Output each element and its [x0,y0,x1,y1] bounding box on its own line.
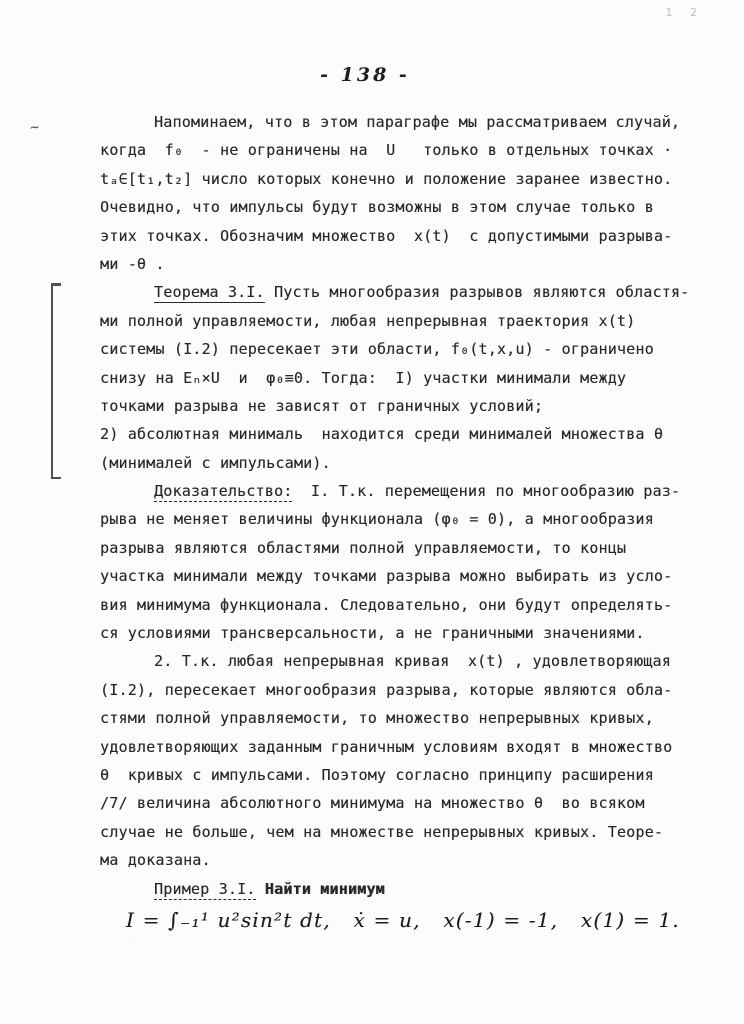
text-line-content: /7/ величина абсолютного минимума на мно… [100,794,645,812]
text-line: /7/ величина абсолютного минимума на мно… [100,791,700,819]
text-line: (I.2), пересекает многообразия разрыва, … [100,678,700,706]
text-line: Напоминаем, что в этом параграфе мы расс… [100,110,700,138]
text-line: θ кривых с импульсами. Поэтому согласно … [100,763,700,791]
text-line: 2. Т.к. любая непрерывная кривая x(t) , … [100,649,700,677]
text-line: случае не больше, чем на множестве непре… [100,820,700,848]
text-line-content: Пусть многообразия разрывов являются обл… [265,283,690,301]
text-line: вия минимума функционала. Следовательно,… [100,593,700,621]
underlined-heading: Теорема 3.I. [154,283,265,303]
text-line: удовлетворяющих заданным граничным услов… [100,735,700,763]
text-line-content: системы (I.2) пересекает эти области, f₀… [100,340,654,358]
scanned-page: 1 2 - 138 - ~ Напоминаем, что в этом пар… [0,0,744,1024]
text-line-content: точками разрыва не зависят от граничных … [100,397,543,415]
text-line-content: Найти минимум [256,880,385,898]
text-line: стями полной управляемости, то множество… [100,706,700,734]
typewritten-text-block: Напоминаем, что в этом параграфе мы расс… [100,110,700,905]
text-line: Теорема 3.I. Пусть многообразия разрывов… [100,280,700,308]
text-line: Очевидно, что импульсы будут возможны в … [100,195,700,223]
text-line: 2) абсолютная минималь находится среди м… [100,422,700,450]
text-line: снизу на Eₙ×U и φ₀≡0. Тогда: I) участки … [100,366,700,394]
text-line: точками разрыва не зависят от граничных … [100,394,700,422]
text-line: ми полной управляемости, любая непрерывн… [100,309,700,337]
text-line: ся условиями трансверсальности, а не гра… [100,621,700,649]
margin-bracket-annotation [51,283,62,479]
text-line-content: удовлетворяющих заданным граничным услов… [100,738,672,756]
text-line-content: участка минимали между точками разрыва м… [100,567,672,585]
text-line: разрыва являются областями полной управл… [100,536,700,564]
text-line-content: 2. Т.к. любая непрерывная кривая x(t) , … [154,652,671,670]
text-line: ма доказана. [100,848,700,876]
text-line-content: когда f₀ - не ограничены на U только в о… [100,141,672,159]
text-line-content: ми -θ . [100,255,165,273]
text-line-content: I. Т.к. перемещения по многообразию раз- [292,482,680,500]
text-line: когда f₀ - не ограничены на U только в о… [100,138,700,166]
text-line-content: 2) абсолютная минималь находится среди м… [100,425,663,443]
text-line: tₐ∈[t₁,t₂] число которых конечно и полож… [100,167,700,195]
text-line-content: ся условиями трансверсальности, а не гра… [100,624,645,642]
text-line: ми -θ . [100,252,700,280]
text-line-content: ми полной управляемости, любая непрерывн… [100,312,635,330]
text-line: Доказательство: I. Т.к. перемещения по м… [100,479,700,507]
text-line: этих точках. Обозначим множество x(t) с … [100,224,700,252]
margin-check-mark: ~ [29,117,40,136]
text-line-content: ма доказана. [100,851,211,869]
page-number: - 138 - [0,64,730,86]
text-line: (минималей с импульсами). [100,451,700,479]
text-line: участка минимали между точками разрыва м… [100,564,700,592]
text-line-content: вия минимума функционала. Следовательно,… [100,596,672,614]
text-line-content: (I.2), пересекает многообразия разрыва, … [100,681,672,699]
text-line: системы (I.2) пересекает эти области, f₀… [100,337,700,365]
text-line: Пример 3.I. Найти минимум [100,877,700,905]
text-line-content: снизу на Eₙ×U и φ₀≡0. Тогда: I) участки … [100,369,626,387]
text-line: рыва не меняет величины функционала (φ₀ … [100,507,700,535]
text-line-content: θ кривых с импульсами. Поэтому согласно … [100,766,654,784]
text-line-content: этих точках. Обозначим множество x(t) с … [100,227,672,245]
text-line-content: случае не больше, чем на множестве непре… [100,823,663,841]
text-line-content: разрыва являются областями полной управл… [100,539,626,557]
underlined-heading: Доказательство: [154,482,292,502]
text-line-content: рыва не меняет величины функционала (φ₀ … [100,510,654,528]
underlined-heading: Пример 3.I. [154,880,256,900]
formula-line: I = ∫₋₁¹ u²sin²t dt, ẋ = u, x(-1) = -1, … [126,908,680,932]
text-line-content: стями полной управляемости, то множество… [100,709,654,727]
corner-pencil-mark: 1 2 [666,6,705,19]
text-line-content: Очевидно, что импульсы будут возможны в … [100,198,654,216]
text-line-content: tₐ∈[t₁,t₂] число которых конечно и полож… [100,170,672,188]
text-line-content: (минималей с импульсами). [100,454,331,472]
text-line-content: Напоминаем, что в этом параграфе мы расс… [154,113,680,131]
